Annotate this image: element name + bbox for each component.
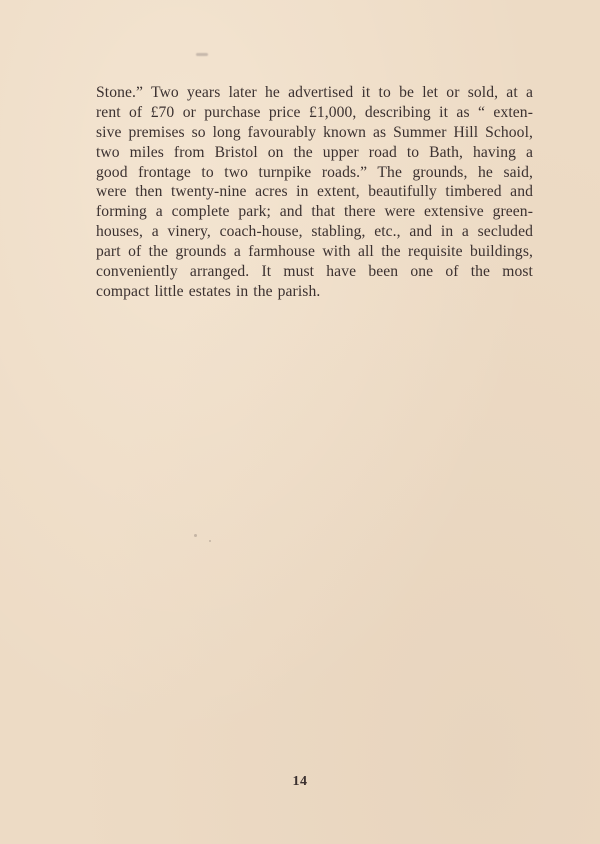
text-line: houses, a vinery, coach-house, stabling,…	[96, 222, 533, 242]
text-line: forming a complete park; and that there …	[96, 202, 533, 222]
paper-speck	[209, 540, 211, 542]
page-number: 14	[0, 774, 600, 790]
text-line: conveniently arranged. It must have been…	[96, 262, 533, 282]
paper-speck	[194, 534, 197, 537]
text-line-last: compact little estates in the parish.	[96, 282, 533, 302]
text-line: sive premises so long favourably known a…	[96, 123, 533, 143]
text-line: rent of £70 or purchase price £1,000, de…	[96, 103, 533, 123]
text-line: were then twenty-nine acres in extent, b…	[96, 182, 533, 202]
body-paragraph: Stone.” Two years later he advertised it…	[96, 83, 533, 302]
text-line: Stone.” Two years later he advertised it…	[96, 83, 533, 103]
text-line: two miles from Bristol on the upper road…	[96, 143, 533, 163]
text-line: good frontage to two turnpike roads.” Th…	[96, 163, 533, 183]
ink-smudge-mark	[196, 53, 208, 56]
text-line: part of the grounds a farmhouse with all…	[96, 242, 533, 262]
